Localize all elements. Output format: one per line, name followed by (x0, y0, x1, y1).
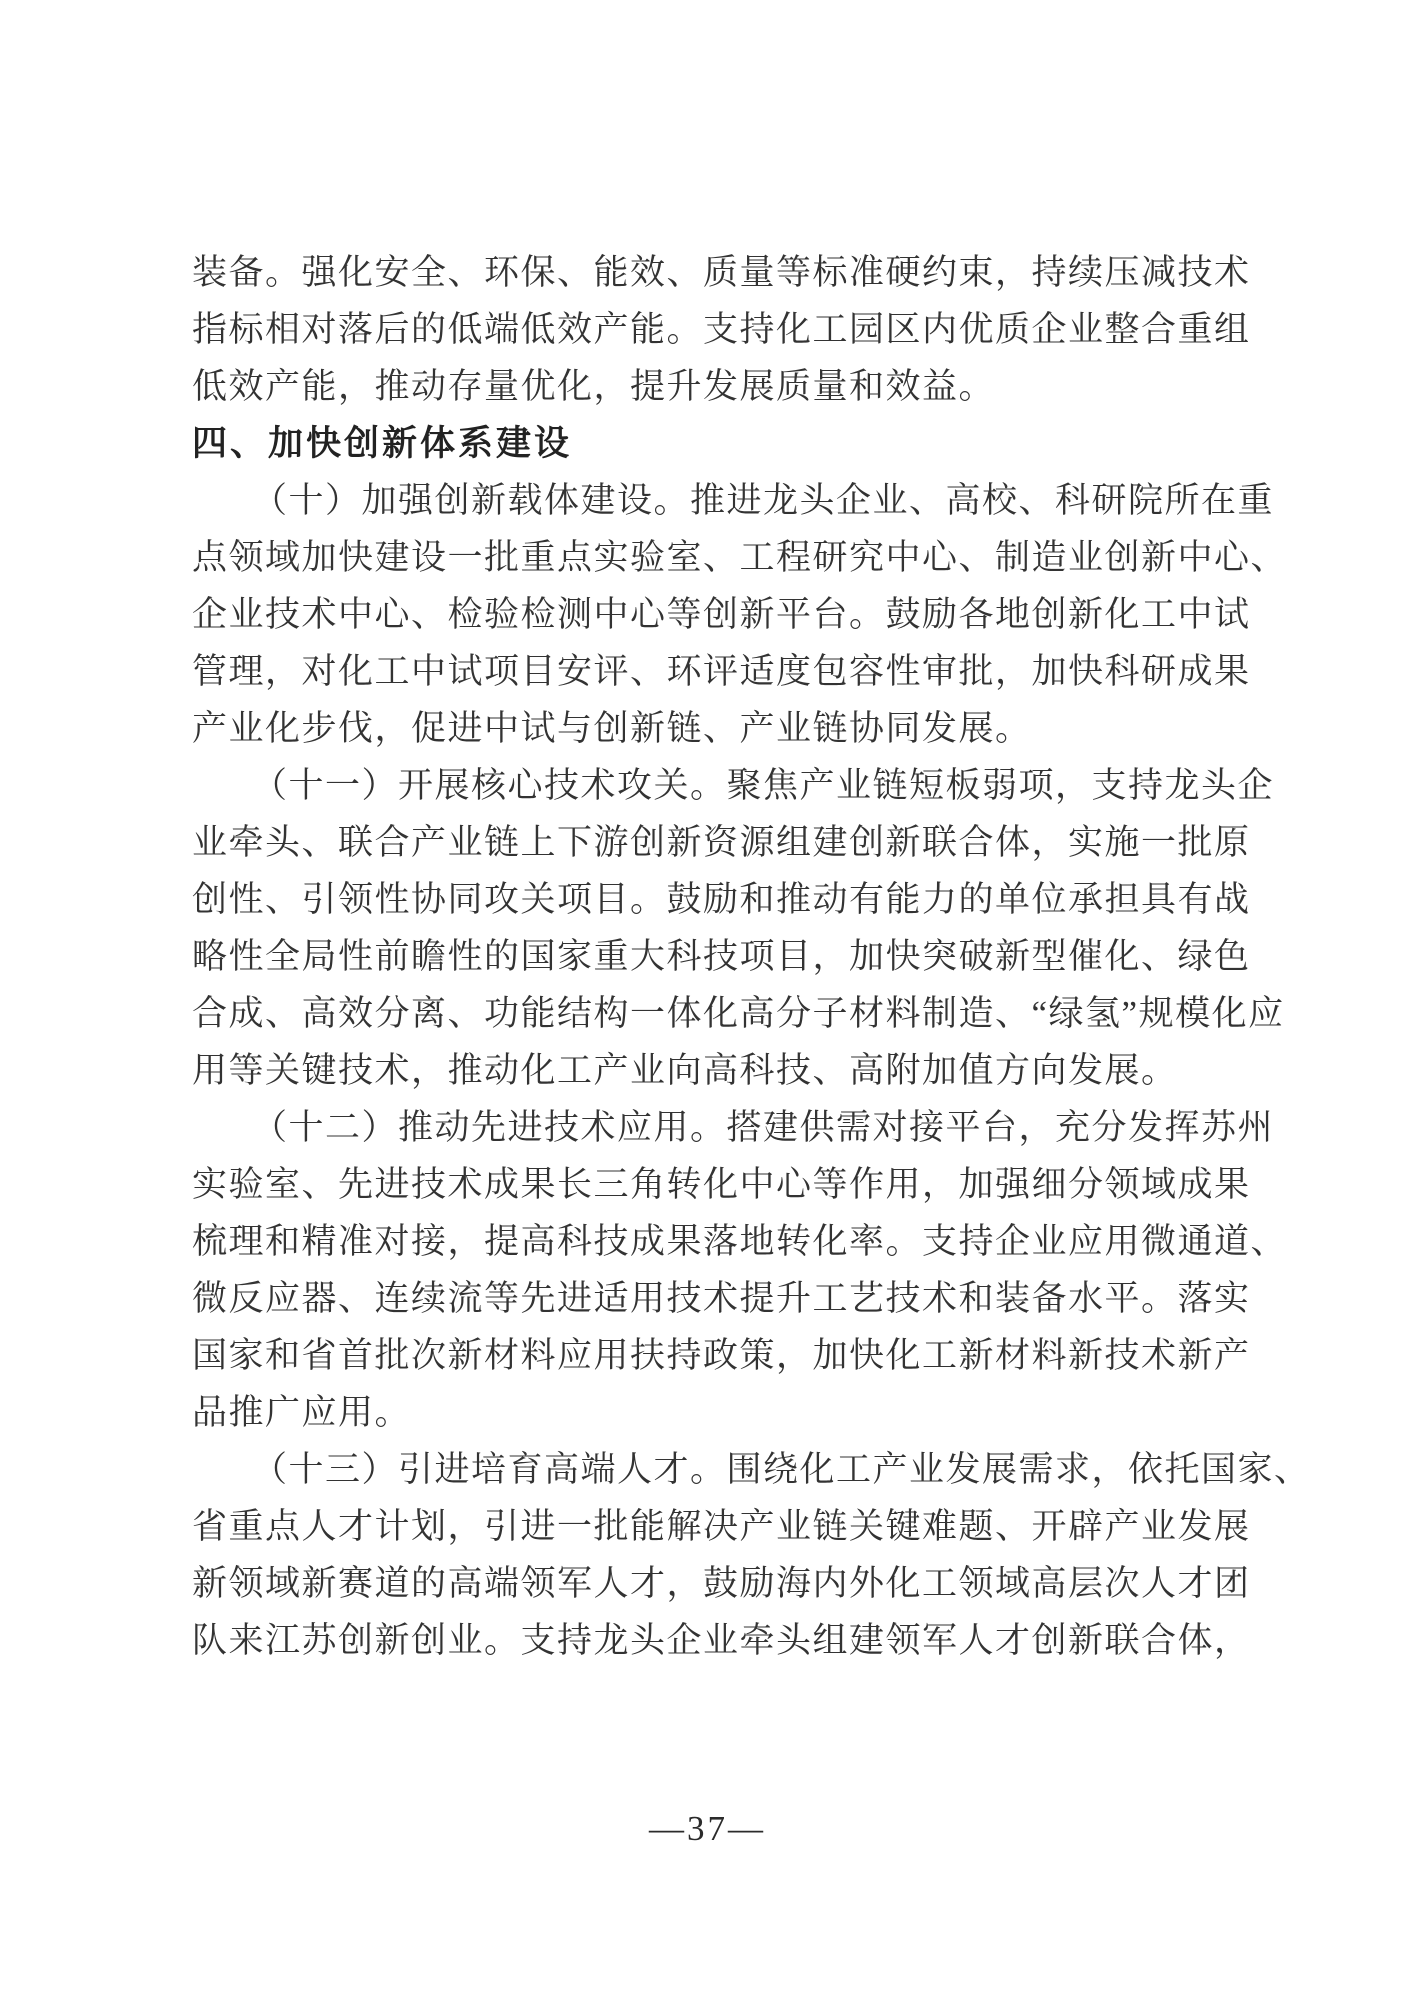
paragraph-item-13-talent: （十三）引进培育高端人才。围绕化工产业发展需求，依托国家、省重点人才计划，引进一… (192, 1441, 1244, 1669)
text-line: （十一）开展核心技术攻关。聚焦产业链短板弱项，支持龙头企 (192, 757, 1244, 814)
text-line: 指标相对落后的低端低效产能。支持化工园区内优质企业整合重组 (192, 301, 1244, 358)
paragraph-item-11-core-technology: （十一）开展核心技术攻关。聚焦产业链短板弱项，支持龙头企业牵头、联合产业链上下游… (192, 757, 1244, 1099)
text-line: 企业技术中心、检验检测中心等创新平台。鼓励各地创新化工中试 (192, 586, 1244, 643)
paragraph-continued-capacity: 装备。强化安全、环保、能效、质量等标准硬约束，持续压减技术指标相对落后的低端低效… (192, 244, 1244, 415)
text-line: 装备。强化安全、环保、能效、质量等标准硬约束，持续压减技术 (192, 244, 1244, 301)
text-line: 创性、引领性协同攻关项目。鼓励和推动有能力的单位承担具有战 (192, 871, 1244, 928)
text-line: 略性全局性前瞻性的国家重大科技项目，加快突破新型催化、绿色 (192, 928, 1244, 985)
text-line: 品推广应用。 (192, 1384, 1244, 1441)
text-line: 低效产能，推动存量优化，提升发展质量和效益。 (192, 358, 1244, 415)
text-line: 实验室、先进技术成果长三角转化中心等作用，加强细分领域成果 (192, 1156, 1244, 1213)
text-line: 微反应器、连续流等先进适用技术提升工艺技术和装备水平。落实 (192, 1270, 1244, 1327)
page-number: —37— (0, 1800, 1415, 1857)
text-line: 点领域加快建设一批重点实验室、工程研究中心、制造业创新中心、 (192, 529, 1244, 586)
text-line: （十）加强创新载体建设。推进龙头企业、高校、科研院所在重 (192, 472, 1244, 529)
text-line: 产业化步伐，促进中试与创新链、产业链协同发展。 (192, 700, 1244, 757)
text-line: （十三）引进培育高端人才。围绕化工产业发展需求，依托国家、 (192, 1441, 1244, 1498)
text-line: 合成、高效分离、功能结构一体化高分子材料制造、“绿氢”规模化应 (192, 985, 1244, 1042)
document-page: 装备。强化安全、环保、能效、质量等标准硬约束，持续压减技术指标相对落后的低端低效… (0, 0, 1415, 2000)
text-line: 业牵头、联合产业链上下游创新资源组建创新联合体，实施一批原 (192, 814, 1244, 871)
section-heading-4: 四、加快创新体系建设 (192, 415, 1244, 472)
paragraph-item-12-advanced-technology: （十二）推动先进技术应用。搭建供需对接平台，充分发挥苏州实验室、先进技术成果长三… (192, 1099, 1244, 1441)
document-body: 装备。强化安全、环保、能效、质量等标准硬约束，持续压减技术指标相对落后的低端低效… (192, 244, 1244, 1669)
text-line: 管理，对化工中试项目安评、环评适度包容性审批，加快科研成果 (192, 643, 1244, 700)
text-line: 国家和省首批次新材料应用扶持政策，加快化工新材料新技术新产 (192, 1327, 1244, 1384)
text-line: 新领域新赛道的高端领军人才，鼓励海内外化工领域高层次人才团 (192, 1555, 1244, 1612)
text-line: （十二）推动先进技术应用。搭建供需对接平台，充分发挥苏州 (192, 1099, 1244, 1156)
text-line: 队来江苏创新创业。支持龙头企业牵头组建领军人才创新联合体， (192, 1612, 1244, 1669)
text-line: 用等关键技术，推动化工产业向高科技、高附加值方向发展。 (192, 1042, 1244, 1099)
text-line: 省重点人才计划，引进一批能解决产业链关键难题、开辟产业发展 (192, 1498, 1244, 1555)
paragraph-item-10-innovation-carriers: （十）加强创新载体建设。推进龙头企业、高校、科研院所在重点领域加快建设一批重点实… (192, 472, 1244, 757)
text-line: 梳理和精准对接，提高科技成果落地转化率。支持企业应用微通道、 (192, 1213, 1244, 1270)
